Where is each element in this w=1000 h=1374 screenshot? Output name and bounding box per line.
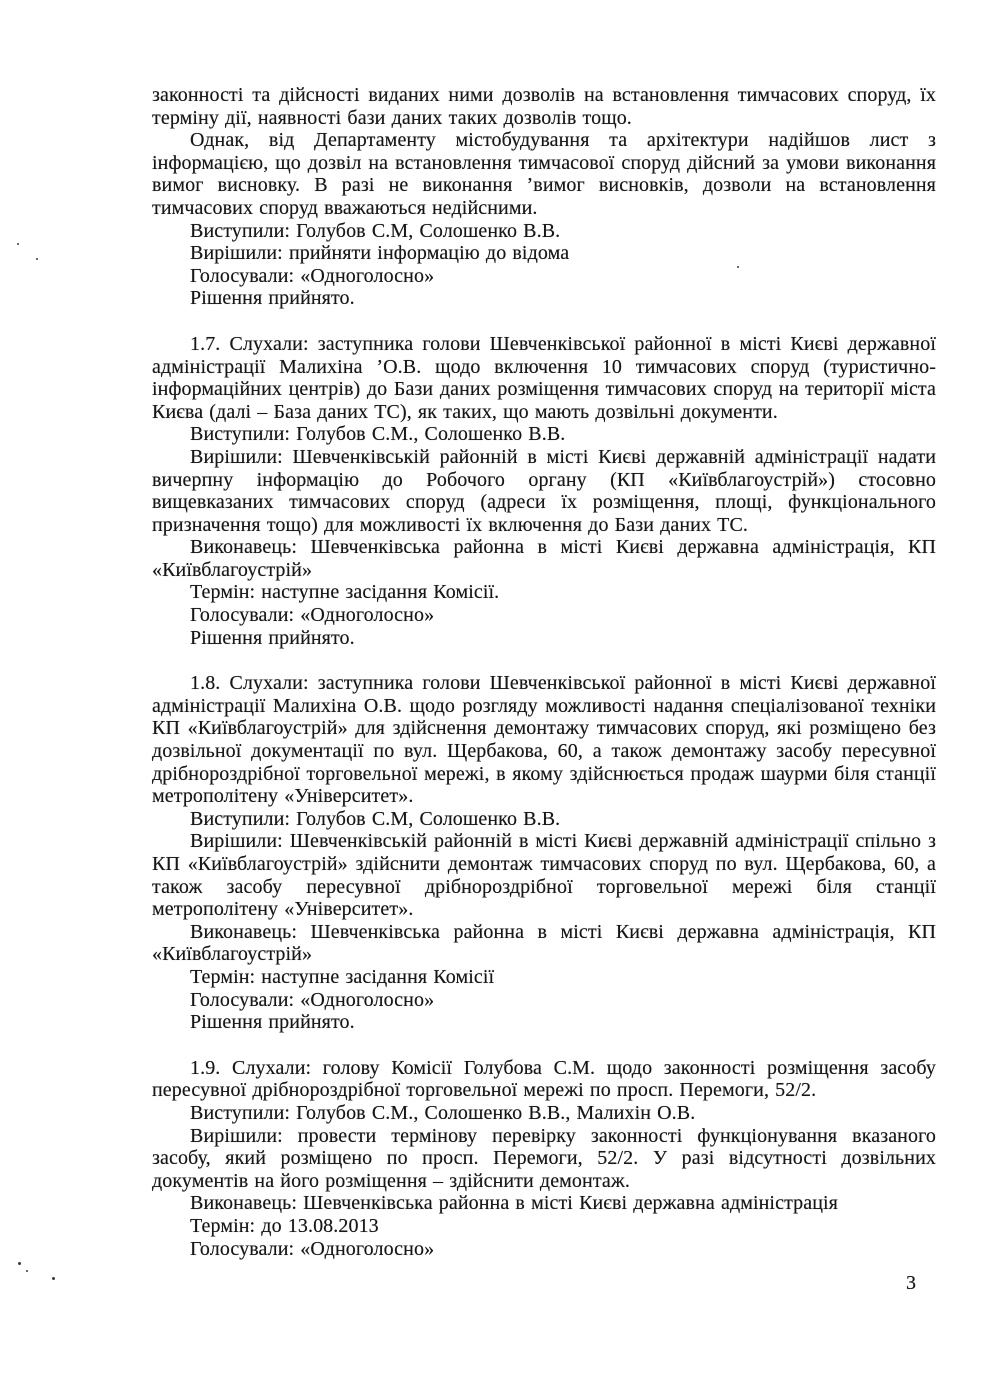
paragraph: Виступили: Голубов С.М., Солошенко В.В.	[152, 423, 936, 446]
paragraph: Термін: наступне засідання Комісії.	[152, 581, 936, 604]
paragraph: 1.9. Слухали: голову Комісії Голубова С.…	[152, 1057, 936, 1102]
paragraph: Голосували: «Одноголосно»	[152, 604, 936, 627]
section-item-1-8: 1.8. Слухали: заступника голови Шевченкі…	[152, 672, 936, 1034]
paragraph: Виконавець: Шевченківська районна в міст…	[152, 921, 936, 966]
section-item-1-7: 1.7. Слухали: заступника голови Шевченкі…	[152, 333, 936, 649]
document-body: законності та дійсності виданих ними доз…	[152, 84, 936, 1260]
paragraph: 1.7. Слухали: заступника голови Шевченкі…	[152, 333, 936, 423]
paragraph: Голосували: «Одноголосно»	[152, 265, 936, 288]
paragraph: Виконавець: Шевченківська районна в міст…	[152, 536, 936, 581]
page-number: 3	[906, 1272, 916, 1295]
paragraph: Виконавець: Шевченківська районна в міст…	[152, 1192, 936, 1215]
paragraph: 1.8. Слухали: заступника голови Шевченкі…	[152, 672, 936, 808]
paragraph: законності та дійсності виданих ними доз…	[152, 84, 936, 129]
scan-speck	[18, 1262, 21, 1265]
section-item-1-9: 1.9. Слухали: голову Комісії Голубова С.…	[152, 1057, 936, 1260]
paragraph: Термін: до 13.08.2013	[152, 1215, 936, 1238]
paragraph: Виступили: Голубов С.М, Солошенко В.В.	[152, 220, 936, 243]
paragraph: Виступили: Голубов С.М, Солошенко В.В.	[152, 808, 936, 831]
paragraph: Вирішили: Шевченківській районній в міст…	[152, 446, 936, 536]
scan-speck	[36, 258, 38, 260]
section-continuation: законності та дійсності виданих ними доз…	[152, 84, 936, 310]
paragraph: Вирішили: провести термінову перевірку з…	[152, 1125, 936, 1193]
paragraph: Термін: наступне засідання Комісії	[152, 966, 936, 989]
scan-speck	[52, 1277, 55, 1280]
paragraph: Виступили: Голубов С.М., Солошенко В.В.,…	[152, 1102, 936, 1125]
paragraph: Рішення прийнято.	[152, 627, 936, 650]
paragraph: Голосували: «Одноголосно»	[152, 1238, 936, 1261]
paragraph: Голосували: «Одноголосно»	[152, 989, 936, 1012]
scan-speck	[17, 243, 19, 245]
paragraph: Однак, від Департаменту містобудування т…	[152, 129, 936, 219]
paragraph: Рішення прийнято.	[152, 287, 936, 310]
scanned-document-page: законності та дійсності виданих ними доз…	[0, 0, 1000, 1374]
paragraph: Вирішили: Шевченківській районній в міст…	[152, 830, 936, 920]
scan-speck	[737, 266, 739, 268]
paragraph: Вирішили: прийняти інформацію до відома	[152, 242, 936, 265]
scan-speck	[26, 1270, 28, 1272]
paragraph: Рішення прийнято.	[152, 1011, 936, 1034]
